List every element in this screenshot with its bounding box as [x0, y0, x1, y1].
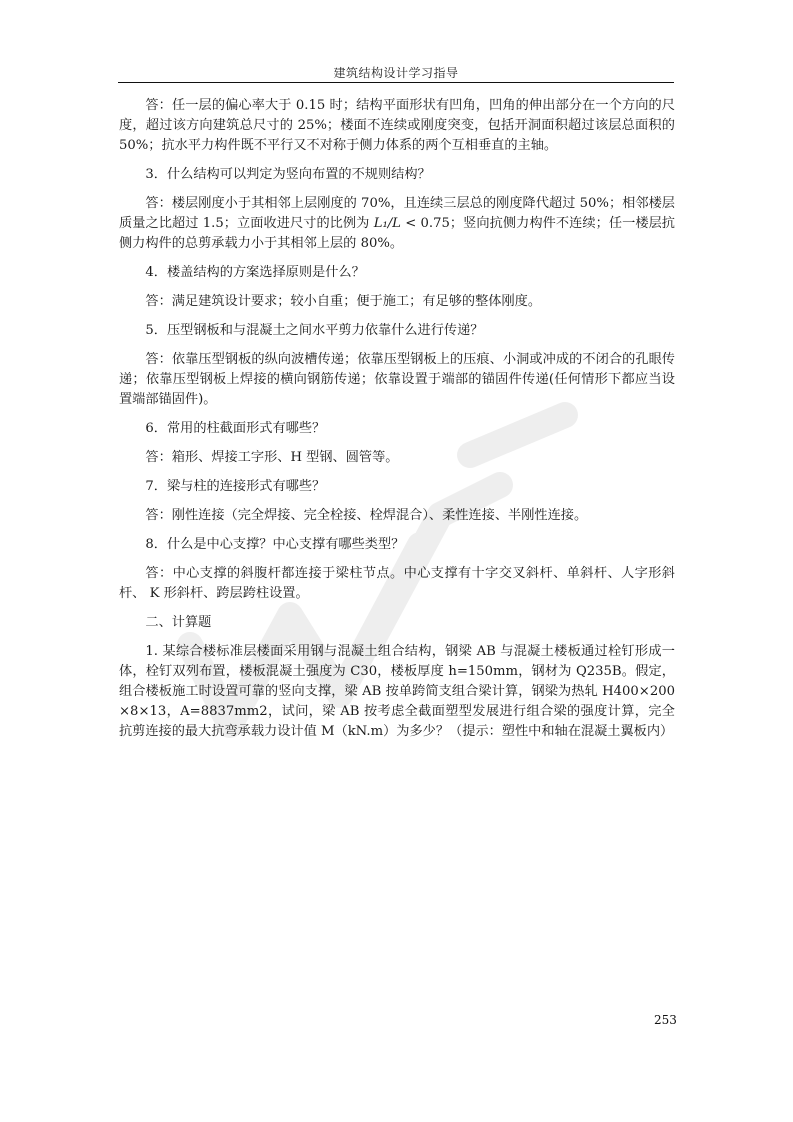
answer-paragraph: 答：任一层的偏心率大于 0.15 时；结构平面形状有凹角，凹角的伸出部分在一个方… [119, 96, 675, 156]
answer-4: 答：满足建筑设计要求；较小自重；便于施工；有足够的整体刚度。 [119, 292, 675, 312]
answer-3: 答：楼层刚度小于其相邻上层刚度的 70%，且连续三层总的刚度降代超过 50%；相… [119, 194, 675, 254]
question-7: 7．梁与柱的连接形式有哪些？ [119, 477, 675, 497]
running-title: 建筑结构设计学习指导 [118, 64, 674, 81]
section-heading-calculation: 二、计算题 [119, 613, 675, 633]
question-6: 6．常用的柱截面形式有哪些？ [119, 419, 675, 439]
header-rule [118, 82, 674, 83]
question-3: 3．什么结构可以判定为竖向布置的不规则结构？ [119, 165, 675, 185]
document-page: 建筑结构设计学习指导 答：任一层的偏心率大于 0.15 时；结构平面形状有凹角，… [0, 0, 793, 1122]
answer-7: 答：刚性连接（完全焊接、完全栓接、栓焊混合）、柔性连接、半刚性连接。 [119, 506, 675, 526]
answer-6: 答：箱形、焊接工字形、H 型钢、圆管等。 [119, 448, 675, 468]
problem-1: 1. 某综合楼标准层楼面采用钢与混凝土组合结构，钢梁 AB 与混凝土楼板通过栓钉… [119, 642, 675, 742]
question-5: 5．压型钢板和与混凝土之间水平剪力依靠什么进行传递？ [119, 321, 675, 341]
page-number: 253 [654, 1013, 677, 1027]
answer-5: 答：依靠压型钢板的纵向波槽传递；依靠压型钢板上的压痕、小洞或冲成的不闭合的孔眼传… [119, 350, 675, 410]
document-body: 答：任一层的偏心率大于 0.15 时；结构平面形状有凹角，凹角的伸出部分在一个方… [119, 96, 675, 751]
ratio-formula: L₁/L [374, 216, 401, 231]
answer-8: 答：中心支撑的斜腹杆都连接于梁柱节点。中心支撑有十字交叉斜杆、单斜杆、人字形斜杆… [119, 564, 675, 604]
question-8: 8．什么是中心支撑？中心支撑有哪些类型？ [119, 535, 675, 555]
question-4: 4．楼盖结构的方案选择原则是什么？ [119, 263, 675, 283]
